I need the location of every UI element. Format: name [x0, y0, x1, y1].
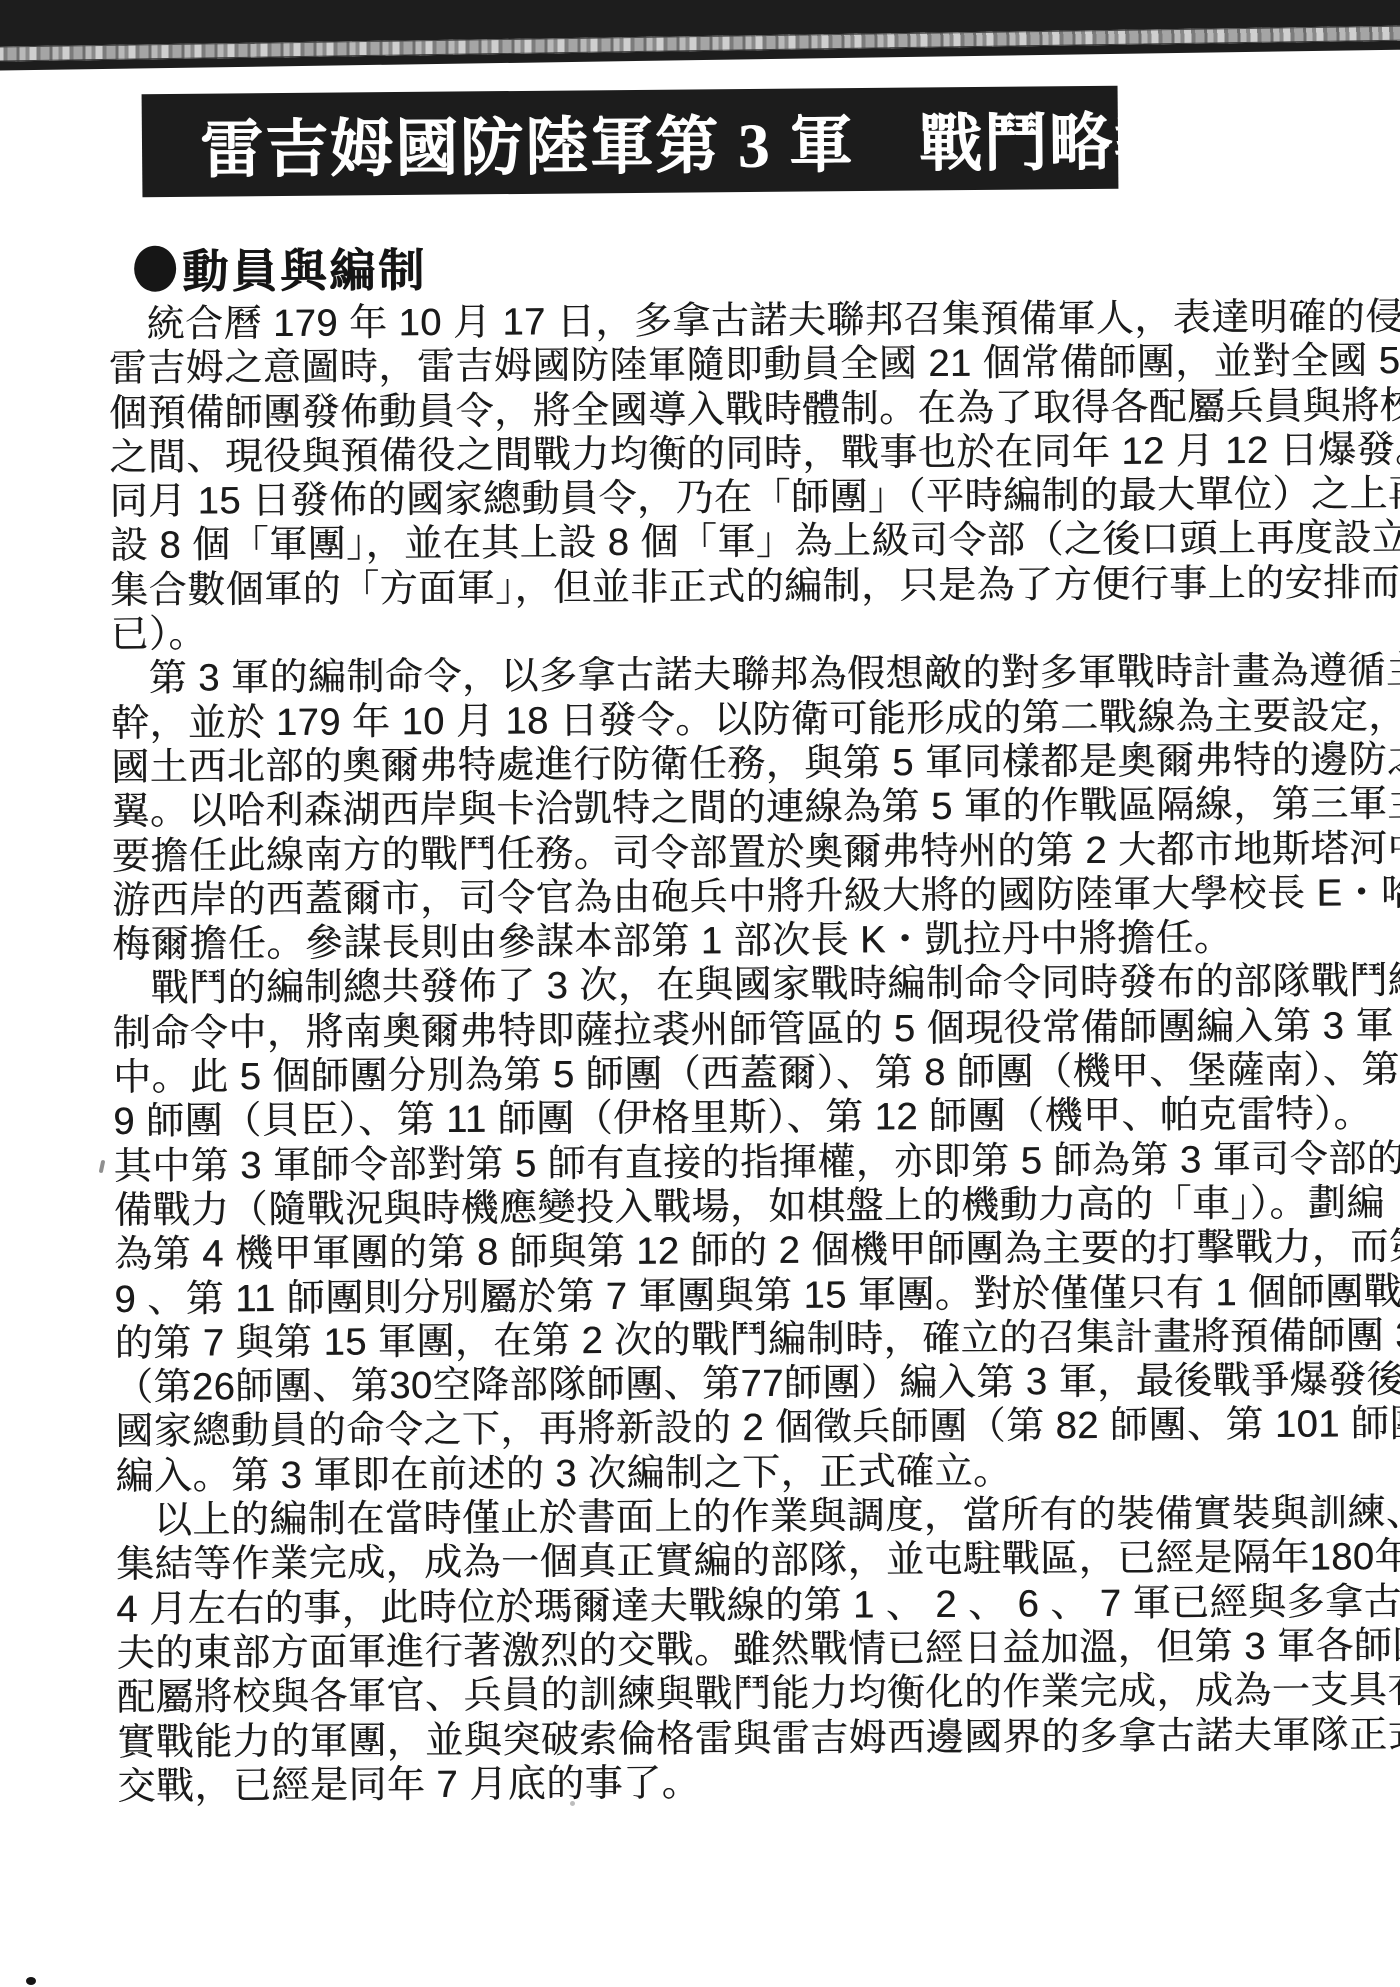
text-line: 戰鬥的編制總共發佈了 3 次，在與國家戰時編制命令同時發布的部隊戰鬥編 — [112, 960, 1304, 1012]
text-line: 游西岸的西蓋爾市，司令官為由砲兵中將升級大將的國防陸軍大學校長 E・哈 — [112, 872, 1304, 924]
text-line: 實戰能力的軍團，並與突破索倫格雷與雷吉姆西邊國界的多拿古諾夫軍隊正式 — [117, 1713, 1309, 1765]
text-line: 集合數個軍的「方面軍」，但並非正式的編制，只是為了方便行事上的安排而 — [110, 561, 1302, 613]
section-header: 動員與編制 — [134, 237, 1300, 294]
text-line: 9 師團（貝臣）、第 11 師團（伊格里斯）、第 12 師團（機甲、帕克雷特）。 — [113, 1093, 1305, 1145]
text-line: 要擔任此線南方的戰鬥任務。司令部置於奧爾弗特州的第 2 大都市地斯塔河中 — [112, 827, 1304, 879]
text-line: 制命令中，將南奧爾弗特即薩拉裘州師管區的 5 個現役常備師團編入第 3 軍 — [113, 1004, 1305, 1056]
text-line: 配屬將校與各軍官、兵員的訓練與戰鬥能力均衡化的作業完成，成為一支具有 — [117, 1669, 1309, 1721]
text-line: 同月 15 日發佈的國家總動員令，乃在「師團」（平時編制的最大單位）之上再 — [109, 473, 1301, 525]
scan-artifact-stripe — [0, 25, 1400, 61]
text-line: 國土西北部的奧爾弗特處進行防衛任務，與第 5 軍同樣都是奧爾弗特的邊防之 — [111, 739, 1303, 791]
text-line: 統合曆 179 年 10 月 17 日，多拿古諾夫聯邦召集預備軍人，表達明確的侵… — [108, 296, 1300, 348]
text-line: 其中第 3 軍師令部對第 5 師有直接的指揮權，亦即第 5 師為第 3 軍司令部… — [114, 1137, 1306, 1189]
text-line: 備戰力（隨戰況與時機應變投入戰場，如棋盤上的機動力高的「車」）。劃編 — [114, 1182, 1306, 1234]
page-content: 動員與編制 統合曆 179 年 10 月 17 日，多拿古諾夫聯邦召集預備軍人，… — [108, 237, 1310, 1809]
section-heading: 動員與編制 — [182, 234, 427, 301]
text-line: 雷吉姆之意圖時，雷吉姆國防陸軍隨即動員全國 21 個常備師團，並對全國 58 — [109, 340, 1301, 392]
body-text: 統合曆 179 年 10 月 17 日，多拿古諾夫聯邦召集預備軍人，表達明確的侵… — [108, 296, 1309, 1809]
text-line: 9 、第 11 師團則分別屬於第 7 軍團與第 15 軍團。對於僅僅只有 1 個… — [114, 1270, 1306, 1322]
text-line: 為第 4 機甲軍團的第 8 師與第 12 師的 2 個機甲師團為主要的打擊戰力，… — [114, 1226, 1306, 1278]
page-title: 雷吉姆國防陸軍第 3 軍 戰鬥略報 — [200, 91, 1180, 191]
text-line: 交戰，已經是同年 7 月底的事了。 — [117, 1757, 1309, 1809]
text-line: 以上的編制在當時僅止於書面上的作業與調度，當所有的裝備實裝與訓練、 — [116, 1492, 1308, 1544]
text-line: 的第 7 與第 15 軍團，在第 2 次的戰鬥編制時，確立的召集計畫將預備師團 … — [115, 1315, 1307, 1367]
text-line: 已）。 — [110, 606, 1302, 658]
section-bullet-icon — [134, 246, 176, 292]
text-line: 集結等作業完成，成為一個真正實編的部隊，並屯駐戰區，已經是隔年180年 — [116, 1536, 1308, 1588]
scan-artifact-band — [0, 0, 1400, 71]
text-line: 梅爾擔任。參謀長則由參謀本部第 1 部次長 K・凱拉丹中將擔任。 — [112, 916, 1304, 968]
text-line: 編入。第 3 軍即在前述的 3 次編制之下，正式確立。 — [115, 1447, 1307, 1499]
text-line: 中。此 5 個師團分別為第 5 師團（西蓋爾）、第 8 師團（機甲、堡薩南）、第 — [113, 1049, 1305, 1101]
text-line: 翼。以哈利森湖西岸與卡洽凱特之間的連線為第 5 軍的作戰區隔線，第三軍主 — [111, 783, 1303, 835]
title-banner: 雷吉姆國防陸軍第 3 軍 戰鬥略報 — [142, 86, 1119, 198]
text-line: 國家總動員的命令之下，再將新設的 2 個徵兵師團（第 82 師團、第 101 師… — [115, 1403, 1307, 1455]
text-line: 4 月左右的事，此時位於瑪爾達夫戰線的第 1 、 2 、 6 、 7 軍已經與多… — [116, 1580, 1308, 1632]
text-line: 個預備師團發佈動員令，將全國導入戰時體制。在為了取得各配屬兵員與將校 — [109, 384, 1301, 436]
text-line: （第26師團、第30空降部隊師團、第77師團）編入第 3 軍，最後戰爭爆發後在 — [115, 1359, 1307, 1411]
scan-speck — [570, 1801, 575, 1806]
scan-speck — [99, 1160, 106, 1174]
text-line: 之間、現役與預備役之間戰力均衡的同時，戰事也於在同年 12 月 12 日爆發。 — [109, 429, 1301, 481]
text-line: 幹，並於 179 年 10 月 18 日發令。以防衛可能形成的第二戰線為主要設定… — [111, 694, 1303, 746]
scan-speck — [26, 1977, 36, 1985]
text-line: 夫的東部方面軍進行著激烈的交戰。雖然戰情已經日益加溫，但第 3 軍各師團 — [116, 1625, 1308, 1677]
text-line: 第 3 軍的編制命令，以多拿古諾夫聯邦為假想敵的對多軍戰時計畫為遵循主 — [111, 650, 1303, 702]
text-line: 設 8 個「軍團」，並在其上設 8 個「軍」為上級司令部（之後口頭上再度設立 — [110, 517, 1302, 569]
